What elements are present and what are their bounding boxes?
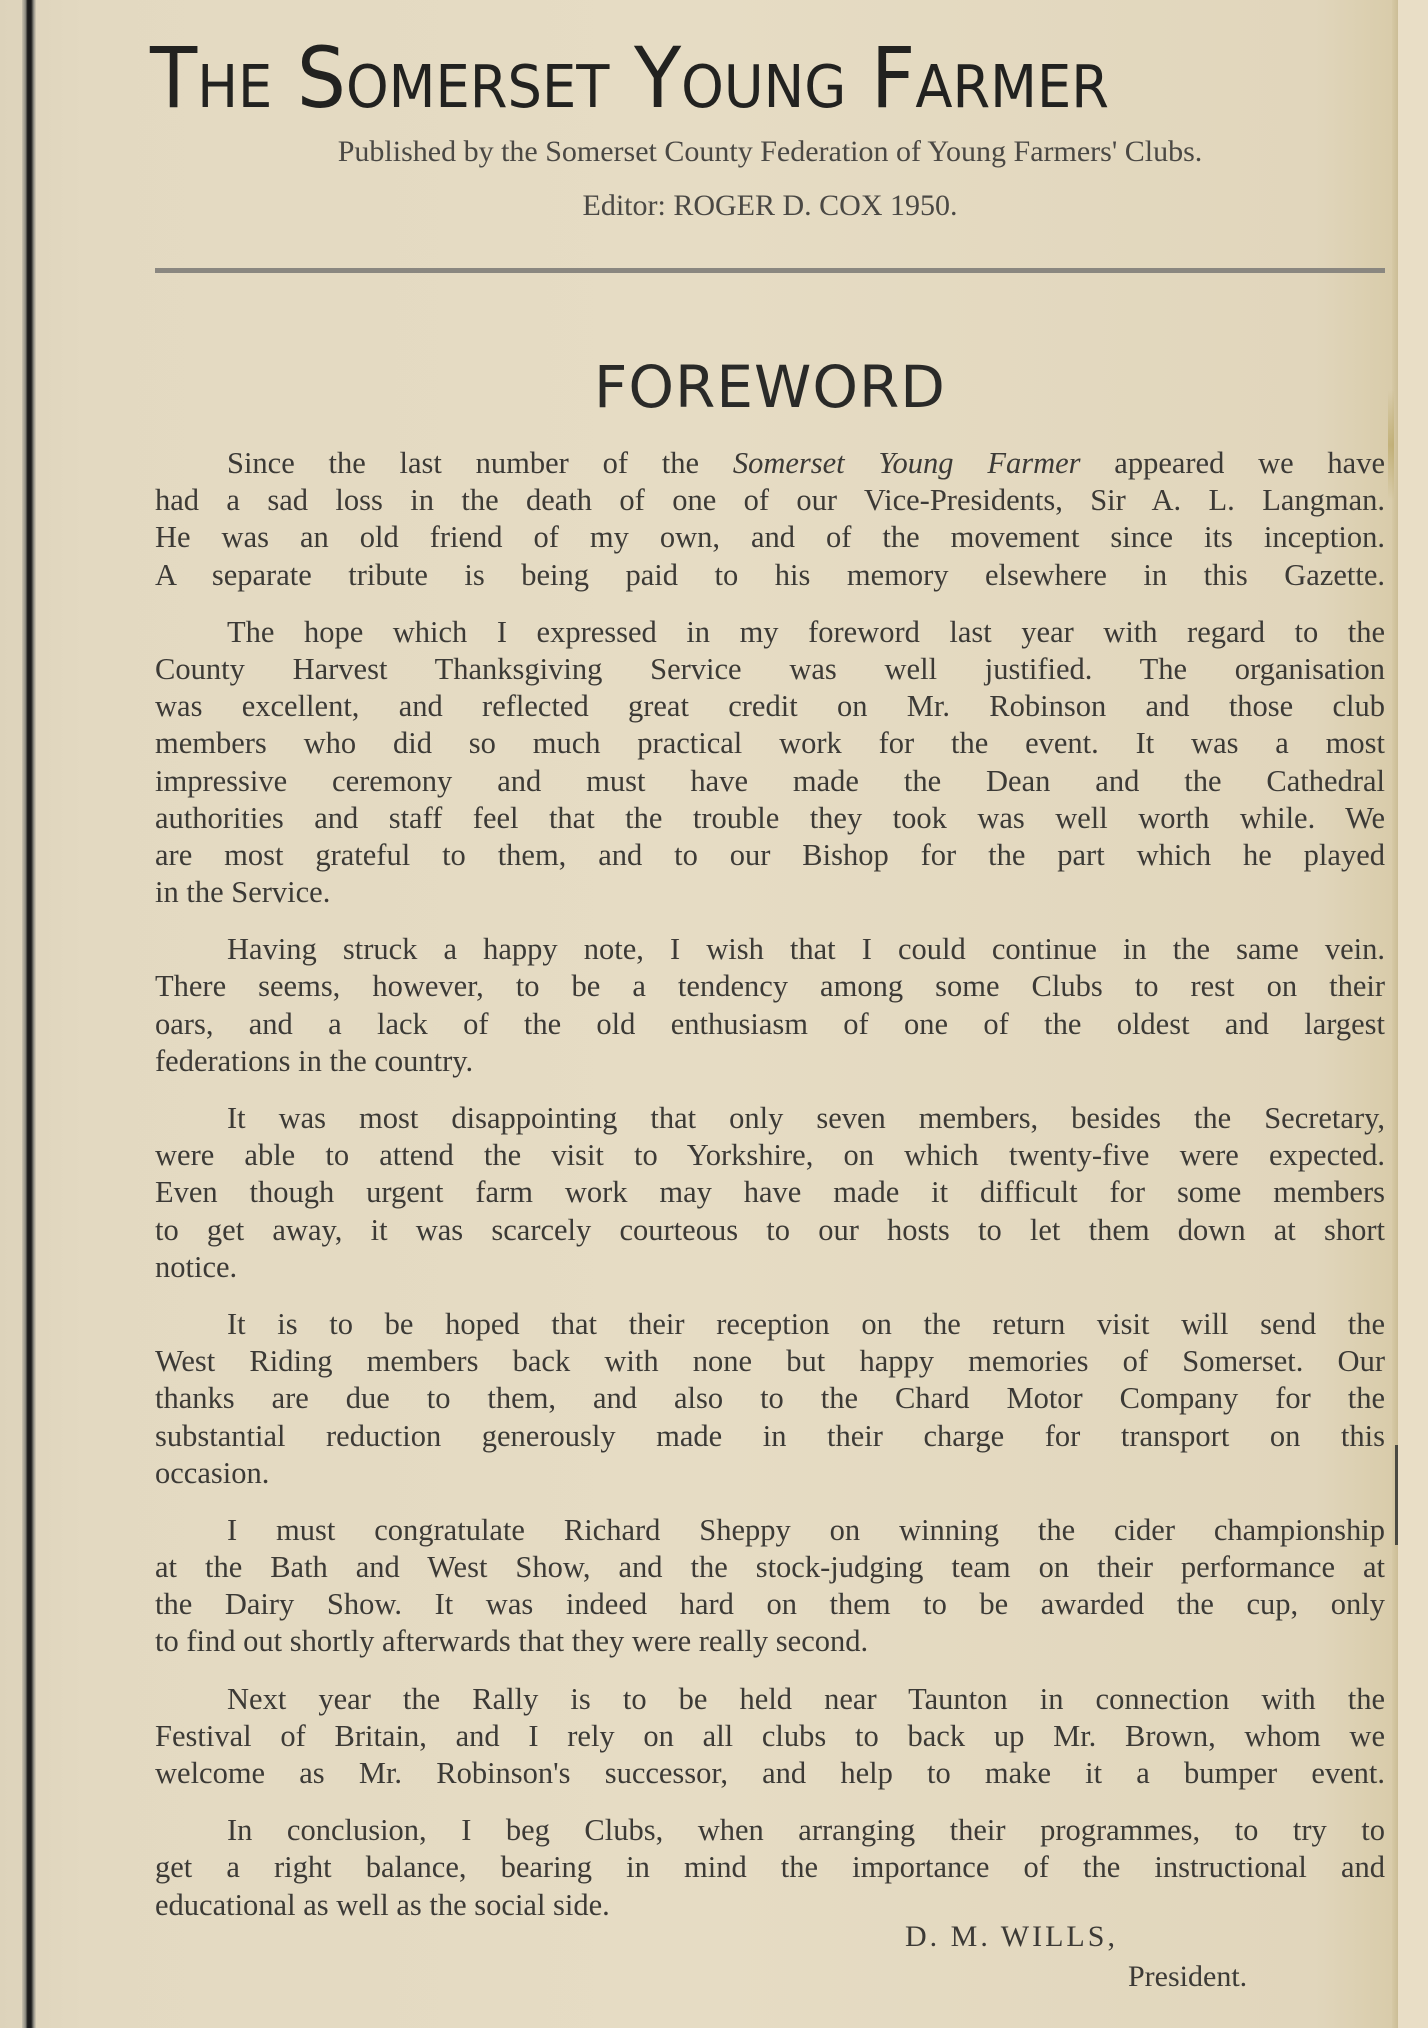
text-line: in the Service. — [155, 874, 1385, 911]
text-line: educational as well as the social side. — [155, 1887, 1385, 1924]
text-line: Festival of Britain, and I rely on all c… — [155, 1718, 1385, 1755]
text-line: West Riding members back with none but h… — [155, 1343, 1385, 1380]
text-line: federations in the country. — [155, 1043, 1385, 1080]
binding-edge-rule — [22, 0, 36, 2028]
text-line: Even though urgent farm work may have ma… — [155, 1174, 1385, 1211]
article-body: Since the last number of the Somerset Yo… — [155, 445, 1385, 1944]
text-line: get a right balance, bearing in mind the… — [155, 1849, 1385, 1886]
paragraph-3: Having struck a happy note, I wish that … — [155, 931, 1385, 1080]
paragraph-8: In conclusion, I beg Clubs, when arrangi… — [155, 1812, 1385, 1924]
text-line: Since the last number of the Somerset Yo… — [155, 445, 1385, 482]
text-line: In conclusion, I beg Clubs, when arrangi… — [155, 1812, 1385, 1849]
paragraph-4: It was most disappointing that only seve… — [155, 1100, 1385, 1286]
editor-line: Editor: ROGER D. COX 1950. — [140, 186, 1400, 226]
text-line: authorities and staff feel that the trou… — [155, 800, 1385, 837]
text-line: substantial reduction generously made in… — [155, 1418, 1385, 1455]
text-line: occasion. — [155, 1455, 1385, 1492]
text-line: were able to attend the visit to Yorkshi… — [155, 1137, 1385, 1174]
text-line: It is to be hoped that their reception o… — [155, 1306, 1385, 1343]
text-line: to get away, it was scarcely courteous t… — [155, 1212, 1385, 1249]
paragraph-1: Since the last number of the Somerset Yo… — [155, 445, 1385, 594]
paragraph-2: The hope which I expressed in my forewor… — [155, 614, 1385, 912]
paragraph-6: I must congratulate Richard Sheppy on wi… — [155, 1512, 1385, 1661]
signature-name: D. M. WILLS, — [905, 1918, 1118, 1956]
text-line: welcome as Mr. Robinson's successor, and… — [155, 1755, 1385, 1792]
magazine-page: The Somerset Young Farmer Published by t… — [0, 0, 1398, 2028]
text-line: I must congratulate Richard Sheppy on wi… — [155, 1512, 1385, 1549]
text-line: members who did so much practical work f… — [155, 725, 1385, 762]
text-line: A separate tribute is being paid to his … — [155, 557, 1385, 594]
paragraph-5: It is to be hoped that their reception o… — [155, 1306, 1385, 1492]
text-line: notice. — [155, 1249, 1385, 1286]
text-line: The hope which I expressed in my forewor… — [155, 614, 1385, 651]
text-line: had a sad loss in the death of one of ou… — [155, 482, 1385, 519]
text-line: Having struck a happy note, I wish that … — [155, 931, 1385, 968]
article-heading: FOREWORD — [140, 352, 1400, 422]
paragraph-7: Next year the Rally is to be held near T… — [155, 1681, 1385, 1793]
text-line: oars, and a lack of the old enthusiasm o… — [155, 1006, 1385, 1043]
text-line: the Dairy Show. It was indeed hard on th… — [155, 1586, 1385, 1623]
publication-title-italic: Somerset Young Farmer — [733, 446, 1081, 480]
text-line: Next year the Rally is to be held near T… — [155, 1681, 1385, 1718]
text-line: He was an old friend of my own, and of t… — [155, 519, 1385, 556]
page-edge-mark — [1395, 1445, 1398, 1545]
signature-title: President. — [1128, 1958, 1247, 1996]
text-line: thanks are due to them, and also to the … — [155, 1380, 1385, 1417]
page-right-edge — [1392, 0, 1398, 2028]
text-line: impressive ceremony and must have made t… — [155, 763, 1385, 800]
text-line: are most grateful to them, and to our Bi… — [155, 837, 1385, 874]
masthead-divider — [155, 268, 1385, 273]
masthead-title: The Somerset Young Farmer — [150, 28, 1291, 128]
text-line: at the Bath and West Show, and the stock… — [155, 1549, 1385, 1586]
text-line: It was most disappointing that only seve… — [155, 1100, 1385, 1137]
text-line: to find out shortly afterwards that they… — [155, 1623, 1385, 1660]
text-line: County Harvest Thanksgiving Service was … — [155, 651, 1385, 688]
text-line: There seems, however, to be a tendency a… — [155, 968, 1385, 1005]
publisher-line: Published by the Somerset County Federat… — [140, 132, 1400, 172]
text-line: was excellent, and reflected great credi… — [155, 688, 1385, 725]
